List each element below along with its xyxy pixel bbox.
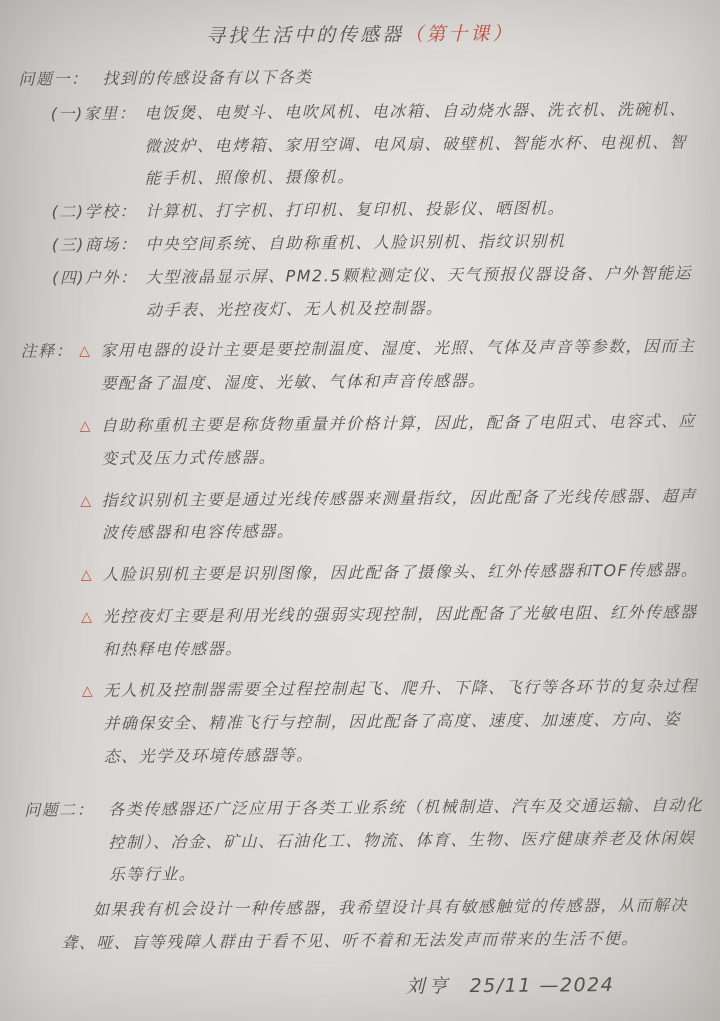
category-home-items: 电饭煲、电熨斗、电吹风机、电冰箱、自动烧水器、洗衣机、洗碗机、微波炉、电烤箱、家… bbox=[144, 93, 703, 196]
note-fingerprint-machine: △ 指纹识别机主要是通过光线传感器来测量指纹，因此配备了光线传感器、超声波传感器… bbox=[80, 480, 706, 551]
category-school: (二)学校： 计算机、打字机、打印机、复印机、投影仪、晒图机。 bbox=[51, 191, 703, 229]
note-home-appliances-text: 家用电器的设计主要是要控制温度、湿度、光照、气体及声音等参数，因而主要配备了温度… bbox=[100, 331, 705, 401]
question1-label: 问题一： bbox=[18, 63, 88, 96]
category-home-label: (一)家里： bbox=[51, 97, 137, 130]
category-outdoor-label: (四)户外： bbox=[52, 261, 138, 294]
note-night-light: △ 光控夜灯主要是利用光线的强弱实现控制，因此配备了光敏电阻、红外传感器和热释电… bbox=[81, 596, 707, 667]
triangle-bullet-icon: △ bbox=[82, 676, 95, 708]
signature-date: 25/11 —2024 bbox=[469, 966, 614, 1006]
paper-sheet: 寻找生活中的传感器（第十课） 问题一： 找到的传感设备有以下各类 (一)家里： … bbox=[0, 0, 720, 1021]
notes-label: 注释： bbox=[21, 336, 74, 369]
title-main: 寻找生活中的传感器 bbox=[206, 24, 404, 48]
note-drone-text: 无人机及控制器需要全过程控制起飞、爬升、下降、飞行等各环节的复杂过程并确保安全、… bbox=[103, 671, 708, 774]
closing-paragraph: 如果我有机会设计一种传感器，我希望设计具有敏感触觉的传感器，从而解决聋、哑、盲等… bbox=[61, 890, 709, 961]
note-drone: △ 无人机及控制器需要全过程控制起飞、爬升、下降、飞行等各环节的复杂过程并确保安… bbox=[82, 671, 708, 774]
question2-label: 问题二： bbox=[24, 794, 94, 827]
question2-row: 问题二： 各类传感器还广泛应用于各类工业系统（机械制造、汽车及交通运输、自动化控… bbox=[24, 789, 709, 893]
triangle-bullet-icon: △ bbox=[81, 601, 94, 633]
notes-list: △ 家用电器的设计主要是要控制温度、湿度、光照、气体及声音等参数，因而主要配备了… bbox=[79, 331, 708, 774]
handwritten-page: 寻找生活中的传感器（第十课） 问题一： 找到的传感设备有以下各类 (一)家里： … bbox=[18, 13, 710, 1009]
note-face-recognition-text: 人脸识别机主要是识别图像，因此配备了摄像头、红外传感器和TOF传感器。 bbox=[102, 554, 706, 592]
page-title: 寻找生活中的传感器（第十课） bbox=[18, 13, 702, 57]
note-weighing-machine-text: 自助称重机主要是称货物重量并价格计算，因此，配备了电阻式、电容式、应变式及压力式… bbox=[101, 405, 706, 475]
question2-text: 各类传感器还广泛应用于各类工业系统（机械制造、汽车及交通运输、自动化控制）、冶金… bbox=[108, 789, 709, 892]
category-outdoor: (四)户外： 大型液晶显示屏、PM2.5颗粒测定仪、天气预报仪器设备、户外智能运… bbox=[52, 257, 704, 328]
category-home: (一)家里： 电饭煲、电熨斗、电吹风机、电冰箱、自动烧水器、洗衣机、洗碗机、微波… bbox=[51, 93, 704, 197]
note-night-light-text: 光控夜灯主要是利用光线的强弱实现控制，因此配备了光敏电阻、红外传感器和热释电传感… bbox=[102, 596, 707, 666]
signature: 刘亨 bbox=[405, 967, 451, 1006]
category-mall: (三)商场： 中央空间系统、自助称重机、人脸识别机、指纹识别机 bbox=[52, 224, 704, 262]
question1-intro: 找到的传感设备有以下各类 bbox=[102, 58, 702, 96]
category-outdoor-items: 大型液晶显示屏、PM2.5颗粒测定仪、天气预报仪器设备、户外智能运动手表、光控夜… bbox=[145, 257, 704, 327]
note-weighing-machine: △ 自助称重机主要是称货物重量并价格计算，因此，配备了电阻式、电容式、应变式及压… bbox=[80, 405, 706, 476]
triangle-bullet-icon: △ bbox=[81, 559, 94, 591]
category-school-label: (二)学校： bbox=[51, 196, 137, 229]
signature-row: 刘亨 25/11 —2024 bbox=[405, 965, 709, 1006]
note-face-recognition: △ 人脸识别机主要是识别图像，因此配备了摄像头、红外传感器和TOF传感器。 bbox=[81, 554, 707, 592]
note-fingerprint-machine-text: 指纹识别机主要是通过光线传感器来测量指纹，因此配备了光线传感器、超声波传感器和电… bbox=[101, 480, 706, 550]
title-lesson-tag: （第十课） bbox=[404, 23, 514, 46]
note-home-appliances: △ 家用电器的设计主要是要控制温度、湿度、光照、气体及声音等参数，因而主要配备了… bbox=[79, 331, 705, 402]
question1-row: 问题一： 找到的传感设备有以下各类 bbox=[18, 58, 702, 96]
triangle-bullet-icon: △ bbox=[80, 410, 93, 442]
triangle-bullet-icon: △ bbox=[79, 335, 92, 367]
category-mall-label: (三)商场： bbox=[52, 229, 138, 262]
triangle-bullet-icon: △ bbox=[80, 485, 93, 517]
notes-section: 注释： △ 家用电器的设计主要是要控制温度、湿度、光照、气体及声音等参数，因而主… bbox=[21, 331, 708, 775]
category-school-items: 计算机、打字机、打印机、复印机、投影仪、晒图机。 bbox=[145, 191, 704, 228]
category-list: (一)家里： 电饭煲、电熨斗、电吹风机、电冰箱、自动烧水器、洗衣机、洗碗机、微波… bbox=[51, 93, 705, 328]
category-mall-items: 中央空间系统、自助称重机、人脸识别机、指纹识别机 bbox=[145, 224, 704, 261]
